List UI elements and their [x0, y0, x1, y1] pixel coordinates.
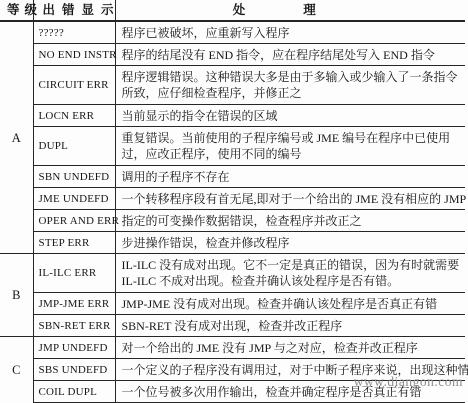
header-error-display: 出错显示: [33, 0, 115, 21]
error-code-cell: DUPL: [33, 127, 115, 166]
header-level: 等级: [0, 0, 33, 21]
table-row: JME UNDEFD 一个转移程序段有首无尾,即对于一个给出的 JME 没有相应…: [0, 188, 465, 210]
action-cell: 指定的可变操作数据错误，检查程序并改正之: [115, 210, 465, 232]
error-code-cell: IL-ILC ERR: [33, 254, 115, 293]
table-row: SBN UNDEFD 调用的子程序不存在: [0, 166, 465, 188]
error-code-cell: CIRCUIT ERR: [33, 66, 115, 105]
table-row: CIRCUIT ERR 程序逻辑错误。这种错误大多是由于多输入或少输入了一条指令…: [0, 66, 465, 105]
table-row: STEP ERR 步进操作错误，检查并修改程序: [0, 232, 465, 254]
action-cell: 调用的子程序不存在: [115, 166, 465, 188]
table-row: OPER AND ERR 指定的可变操作数据错误，检查程序并改正之: [0, 210, 465, 232]
error-code-cell: STEP ERR: [33, 232, 115, 254]
level-cell-c: C: [0, 337, 33, 403]
header-row: 等级 出错显示 处理: [0, 0, 465, 21]
action-cell: 对一个给出的 JME 没有 JMP 与之对应，检查并改正程序: [115, 337, 465, 359]
table-row: NO END INSTR 程序的结尾没有 END 指令，应在程序结尾处写入 EN…: [0, 44, 465, 66]
error-code-cell: SBN UNDEFD: [33, 166, 115, 188]
watermark-text: www.diangon.com: [354, 374, 463, 390]
action-cell: 当前显示的指令在错误的区域: [115, 105, 465, 127]
action-cell: SBN-RET 没有成对出现，检查并改正程序: [115, 315, 465, 337]
action-cell: 程序已被破坏，应重新写入程序: [115, 21, 465, 44]
error-code-cell: NO END INSTR: [33, 44, 115, 66]
error-code-cell: ?????: [33, 21, 115, 44]
action-cell: 程序的结尾没有 END 指令，应在程序结尾处写入 END 指令: [115, 44, 465, 66]
action-cell: 重复错误。当前使用的子程序编号或 JME 编号在程序中已使用过，应改正程序，使用…: [115, 127, 465, 166]
error-code-cell: OPER AND ERR: [33, 210, 115, 232]
level-cell-a: A: [0, 21, 33, 254]
action-cell: 步进操作错误，检查并修改程序: [115, 232, 465, 254]
table-row: A ????? 程序已被破坏，应重新写入程序: [0, 21, 465, 44]
action-cell: 一个转移程序段有首无尾,即对于一个给出的 JME 没有相应的 JMP 与之对应。: [115, 188, 465, 210]
table-row: DUPL 重复错误。当前使用的子程序编号或 JME 编号在程序中已使用过，应改正…: [0, 127, 465, 166]
error-code-cell: JMP UNDEFD: [33, 337, 115, 359]
error-code-cell: LOCN ERR: [33, 105, 115, 127]
level-cell-b: B: [0, 254, 33, 337]
error-code-cell: SBN-RET ERR: [33, 315, 115, 337]
action-cell: IL-ILC 没有成对出现。它不一定是真正的错误，因为有时就需要 IL-ILC …: [115, 254, 465, 293]
table-row: SBN-RET ERR SBN-RET 没有成对出现，检查并改正程序: [0, 315, 465, 337]
error-code-cell: JME UNDEFD: [33, 188, 115, 210]
table-row: LOCN ERR 当前显示的指令在错误的区域: [0, 105, 465, 127]
table-row: B IL-ILC ERR IL-ILC 没有成对出现。它不一定是真正的错误，因为…: [0, 254, 465, 293]
error-code-cell: SBS UNDEFD: [33, 359, 115, 381]
error-code-cell: COIL DUPL: [33, 381, 115, 403]
table-row: C JMP UNDEFD 对一个给出的 JME 没有 JMP 与之对应，检查并改…: [0, 337, 465, 359]
action-cell: 程序逻辑错误。这种错误大多是由于多输入或少输入了一条指令所致，应仔细检查程序，并…: [115, 66, 465, 105]
error-code-cell: JMP-JME ERR: [33, 293, 115, 315]
table-row: JMP-JME ERR JMP-JME 没有成对出现。检查并确认该处程序是否真正…: [0, 293, 465, 315]
action-cell: JMP-JME 没有成对出现。检查并确认该处程序是否真正有错: [115, 293, 465, 315]
error-level-table: 等级 出错显示 处理 A ????? 程序已被破坏，应重新写入程序 NO END…: [0, 0, 465, 403]
header-action: 处理: [115, 0, 465, 21]
